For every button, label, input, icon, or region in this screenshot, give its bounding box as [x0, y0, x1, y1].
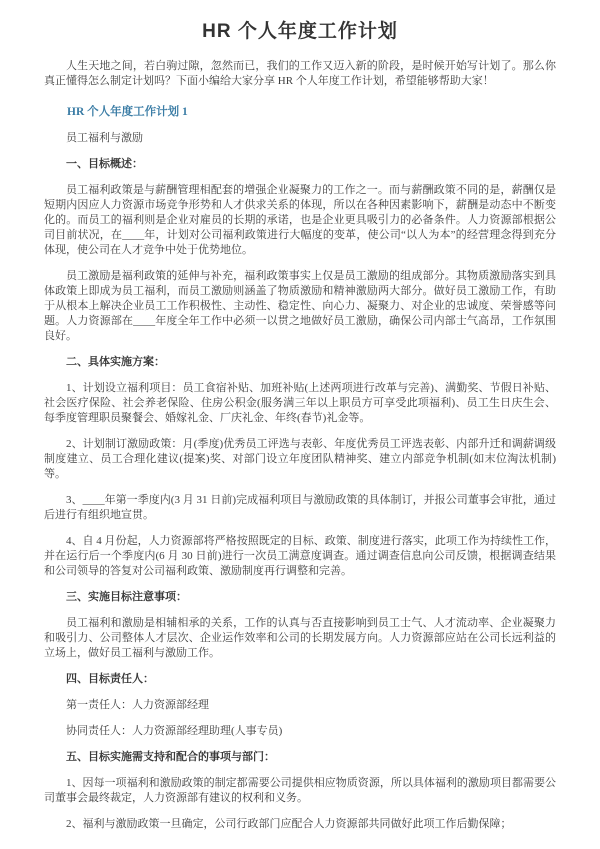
section-heading: 五、目标实施需支持和配合的事项与部门： [44, 750, 556, 765]
section-heading: 一、目标概述： [44, 157, 556, 172]
body-paragraph: 员工福利政策是与薪酬管理相配套的增强企业凝聚力的工作之一。而与薪酬政策不同的是，… [44, 183, 556, 258]
body-paragraph: 1、计划设立福利项目：员工食宿补贴、加班补贴(上述两项进行改革与完善)、满勤奖、… [44, 381, 556, 426]
body-paragraph: 员工福利与激励 [44, 131, 556, 146]
body-paragraph: 员工福利和激励是相辅相承的关系，工作的认真与否直接影响到员工士气、人才流动率、企… [44, 616, 556, 661]
body-paragraph: 3、____年第一季度内(3 月 31 日前)完成福利项目与激励政策的具体制订，… [44, 493, 556, 523]
body-paragraph: 1、因每一项福利和激励政策的制定都需要公司提供相应物质资源，所以具体福利的激励项… [44, 776, 556, 806]
section-heading: 二、具体实施方案： [44, 355, 556, 370]
document-page: HR 个人年度工作计划 人生天地之间，若白驹过隙，忽然而已，我们的工作又迈入新的… [0, 0, 600, 849]
body-paragraph: 第一责任人：人力资源部经理 [44, 698, 556, 713]
intro-paragraph: 人生天地之间，若白驹过隙，忽然而已，我们的工作又迈入新的阶段，是时候开始写计划了… [44, 59, 556, 89]
section-heading: 三、实施目标注意事项： [44, 590, 556, 605]
page-title: HR 个人年度工作计划 [44, 16, 556, 43]
article-section-heading: HR 个人年度工作计划 1 [44, 103, 556, 119]
body-paragraph: 2、福利与激励政策一旦确定，公司行政部门应配合人力资源部共同做好此项工作后勤保障… [44, 817, 556, 832]
body-paragraph: 协同责任人：人力资源部经理助理(人事专员) [44, 724, 556, 739]
body-paragraph: 4、自 4 月份起，人力资源部将严格按照既定的目标、政策、制度进行落实，此项工作… [44, 534, 556, 579]
section-heading: 四、目标责任人： [44, 672, 556, 687]
body-paragraph: 员工激励是福利政策的延伸与补充，福利政策事实上仅是员工激励的组成部分。其物质激励… [44, 269, 556, 344]
body-paragraph: 2、计划制订激励政策：月(季度)优秀员工评选与表彰、年度优秀员工评选表彰、内部升… [44, 437, 556, 482]
